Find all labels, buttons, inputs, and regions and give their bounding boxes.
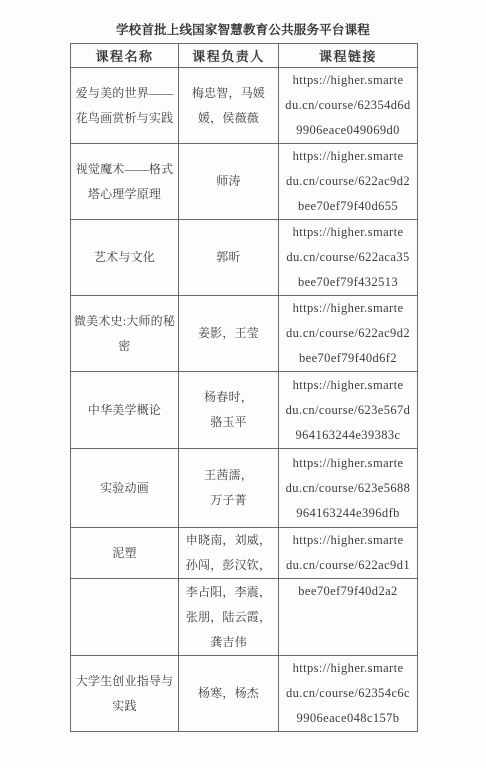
course-link-cell: https://higher.smarte du.cn/course/62354…	[279, 656, 418, 732]
table-row: 视觉魔术——格式 塔心理学原理 师涛 https://higher.smarte…	[71, 144, 418, 220]
table-row: 中华美学概论 杨春时， 骆玉平 https://higher.smarte du…	[71, 372, 418, 449]
course-leader-cell: 杨春时， 骆玉平	[179, 372, 279, 449]
course-link-cell: https://higher.smarte du.cn/course/622ac…	[279, 296, 418, 372]
course-name-cell: 艺术与文化	[71, 220, 179, 296]
page-title: 学校首批上线国家智慧教育公共服务平台课程	[0, 20, 486, 38]
table-row: 泥塑 申晓南，刘威， 孙闯，彭汉钦， https://higher.smarte…	[71, 528, 418, 579]
table-header-row: 课程名称 课程负责人 课程链接	[71, 44, 418, 68]
course-leader-cell: 梅忠智，马媛 媛，侯薇薇	[179, 68, 279, 144]
course-leader-cell: 师涛	[179, 144, 279, 220]
course-link-cell: bee70ef79f40d2a2	[279, 579, 418, 656]
table-row: 艺术与文化 郭昕 https://higher.smarte du.cn/cou…	[71, 220, 418, 296]
course-leader-cell: 申晓南，刘威， 孙闯，彭汉钦，	[179, 528, 279, 579]
course-name-cell: 微美术史:大师的秘 密	[71, 296, 179, 372]
course-name-cell	[71, 579, 179, 656]
course-name-cell: 视觉魔术——格式 塔心理学原理	[71, 144, 179, 220]
course-name-cell: 爱与美的世界—— 花鸟画赏析与实践	[71, 68, 179, 144]
table-row: 李占阳，李震， 张朋，陆云霞， 龚吉伟 bee70ef79f40d2a2	[71, 579, 418, 656]
course-name-cell: 大学生创业指导与 实践	[71, 656, 179, 732]
course-name-cell: 泥塑	[71, 528, 179, 579]
course-leader-cell: 李占阳，李震， 张朋，陆云霞， 龚吉伟	[179, 579, 279, 656]
table-row: 实验动画 王茜濡， 万子菁 https://higher.smarte du.c…	[71, 449, 418, 528]
column-header-course-name: 课程名称	[71, 44, 179, 68]
column-header-course-link: 课程链接	[279, 44, 418, 68]
course-leader-cell: 姜影，王莹	[179, 296, 279, 372]
column-header-course-leader: 课程负责人	[179, 44, 279, 68]
course-name-cell: 中华美学概论	[71, 372, 179, 449]
table-row: 爱与美的世界—— 花鸟画赏析与实践 梅忠智，马媛 媛，侯薇薇 https://h…	[71, 68, 418, 144]
course-link-cell: https://higher.smarte du.cn/course/622ac…	[279, 220, 418, 296]
course-link-cell: https://higher.smarte du.cn/course/623e5…	[279, 449, 418, 528]
course-link-cell: https://higher.smarte du.cn/course/622ac…	[279, 144, 418, 220]
table-row: 大学生创业指导与 实践 杨寒，杨杰 https://higher.smarte …	[71, 656, 418, 732]
table-row: 微美术史:大师的秘 密 姜影，王莹 https://higher.smarte …	[71, 296, 418, 372]
course-leader-cell: 郭昕	[179, 220, 279, 296]
course-link-cell: https://higher.smarte du.cn/course/62354…	[279, 68, 418, 144]
course-name-cell: 实验动画	[71, 449, 179, 528]
course-table: 课程名称 课程负责人 课程链接 爱与美的世界—— 花鸟画赏析与实践 梅忠智，马媛…	[70, 43, 418, 732]
course-link-cell: https://higher.smarte du.cn/course/622ac…	[279, 528, 418, 579]
course-leader-cell: 杨寒，杨杰	[179, 656, 279, 732]
document-page: 学校首批上线国家智慧教育公共服务平台课程 课程名称 课程负责人 课程链接 爱与美…	[0, 0, 486, 768]
course-leader-cell: 王茜濡， 万子菁	[179, 449, 279, 528]
course-link-cell: https://higher.smarte du.cn/course/623e5…	[279, 372, 418, 449]
